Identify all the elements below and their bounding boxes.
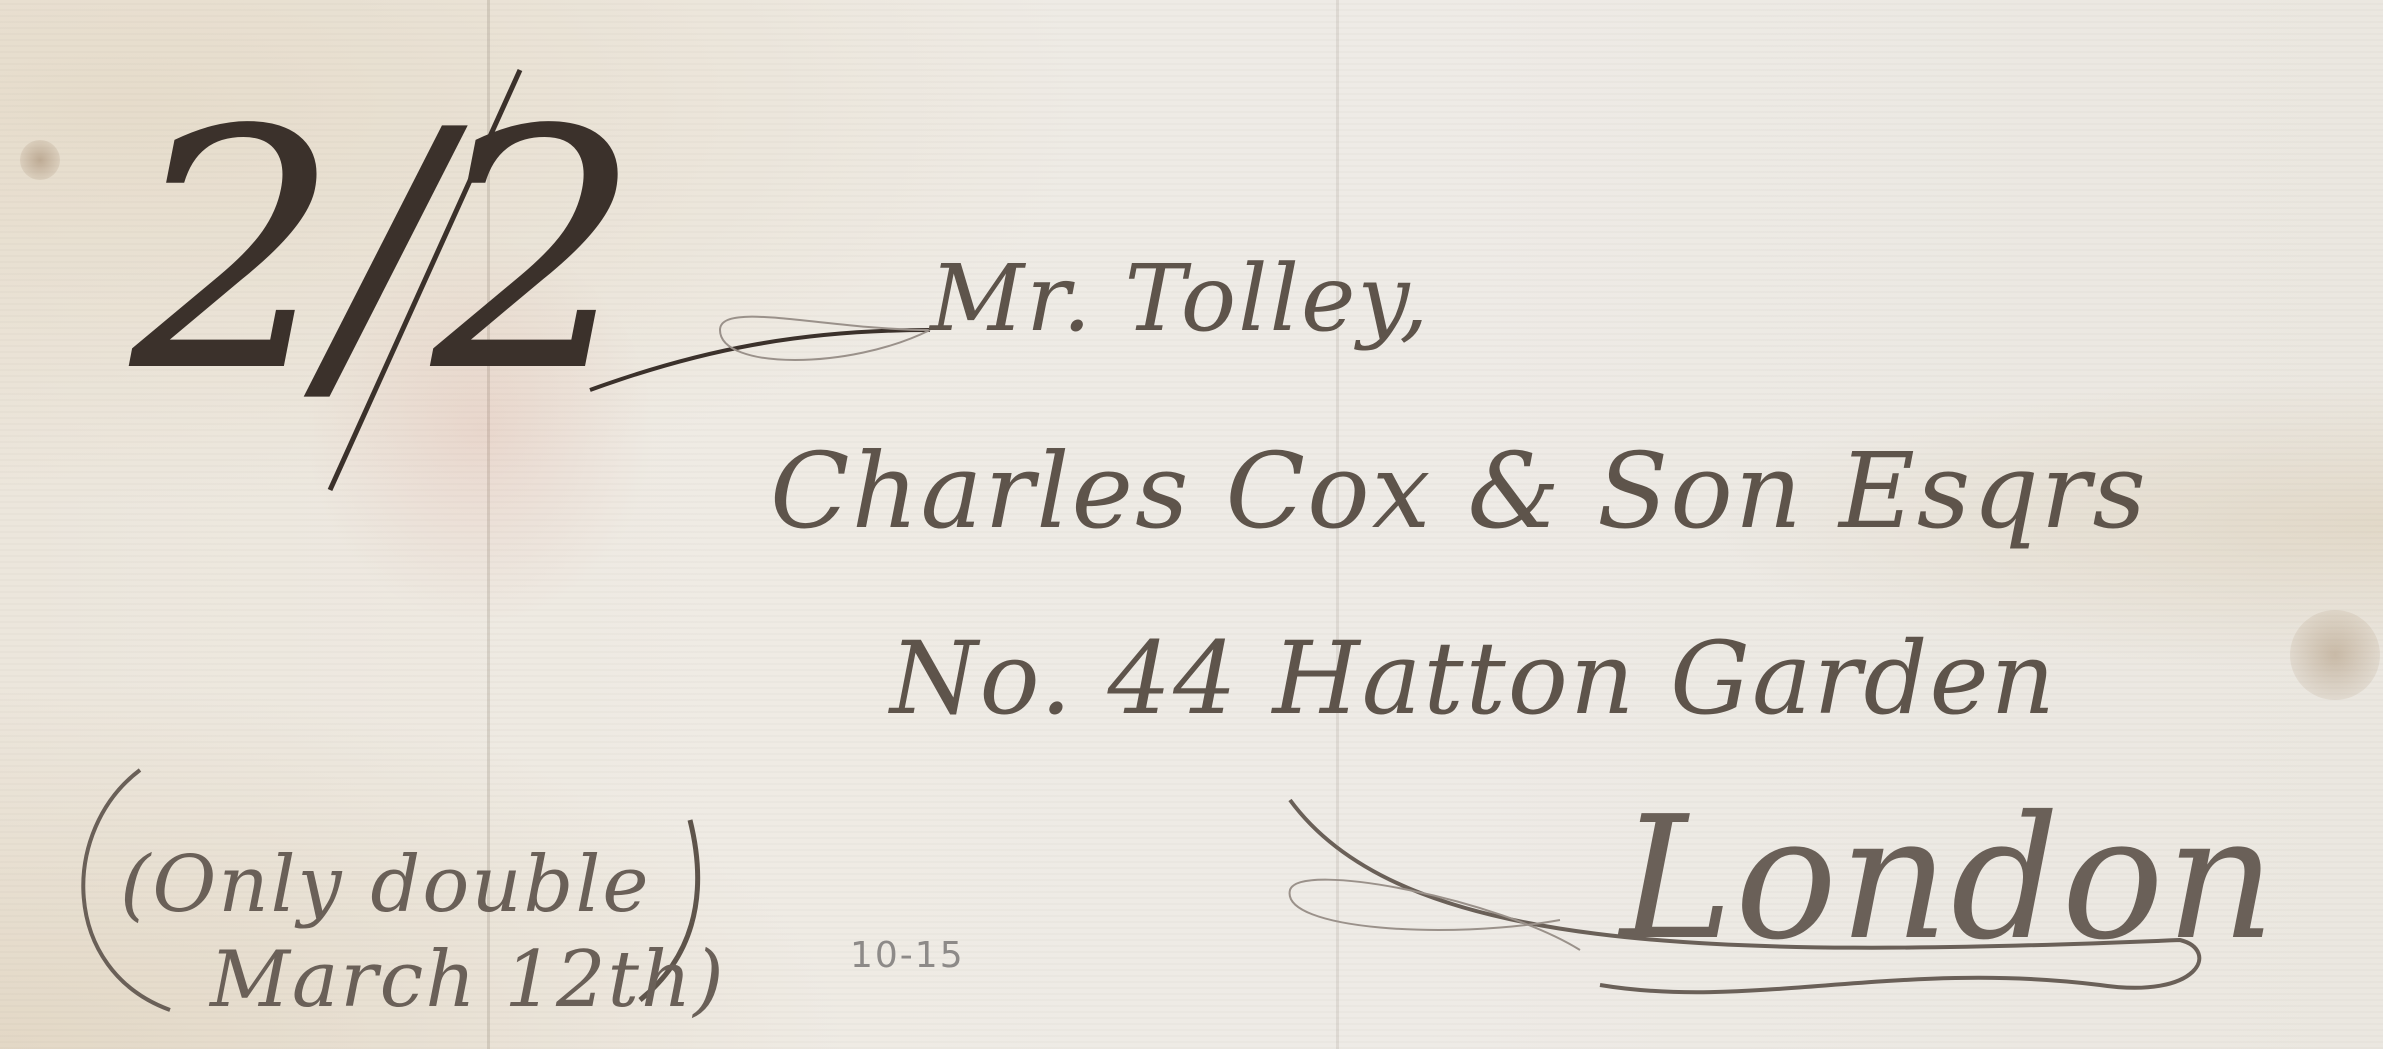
addressee-name: Mr. Tolley, <box>930 245 1430 352</box>
rate-underline-flourish <box>590 330 930 390</box>
annotation-line-2: March 12th) <box>210 935 726 1025</box>
letter-cover: 2/2 Mr. Tolley, Charles Cox & Son Esqrs … <box>0 0 2383 1049</box>
street-address: No. 44 Hatton Garden <box>890 620 2057 737</box>
city: London <box>1620 780 2277 978</box>
annotation-line-1: (Only double <box>120 840 651 930</box>
pencil-note: 10-15 <box>850 935 965 976</box>
addressee-firm: Charles Cox & Son Esqrs <box>770 430 2148 552</box>
postage-rate: 2/2 <box>130 60 631 444</box>
